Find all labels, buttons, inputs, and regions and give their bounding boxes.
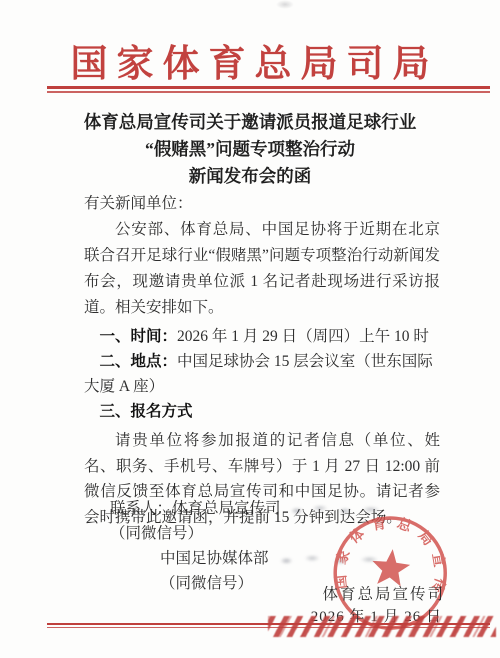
- contact-1-suffix: （同微信号）: [110, 525, 203, 542]
- item-time: 一、时间：2026 年 1 月 29 日（周四）上午 10 时: [84, 324, 440, 349]
- item-time-label: 一、时间：: [100, 328, 178, 345]
- document-title-line2: “假赌黑”问题专项整治行动: [0, 136, 500, 163]
- document-page: 国家体育总局司局 体育总局宣传司关于邀请派员报道足球行业 “假赌黑”问题专项整治…: [0, 0, 500, 658]
- document-title-line3: 新闻发布会的函: [0, 163, 500, 190]
- arrangement-items: 一、时间：2026 年 1 月 29 日（周四）上午 10 时 二、地点：中国足…: [84, 324, 440, 424]
- paragraph-intro: 公安部、体育总局、中国足协将于近期在北京联合召开足球行业“假赌黑”问题专项整治行…: [84, 217, 440, 321]
- item-registration: 三、报名方式: [84, 399, 440, 424]
- contact-label: 联系人：: [110, 500, 172, 517]
- item-location: 二、地点：中国足球协会 15 层会议室（世东国际大厦 A 座）: [84, 349, 440, 399]
- letterhead-title: 国家体育总局司局: [0, 33, 500, 87]
- letter-body: 有关新闻单位： 公安部、体育总局、中国足协将于近期在北京联合召开足球行业“假赌黑…: [84, 191, 440, 530]
- signature-org: 体育总局宣传司: [0, 582, 445, 604]
- header-rule: [47, 86, 490, 93]
- contact-2-org: 中国足协媒体部: [160, 550, 269, 567]
- contact-1-org: 体育总局宣传司: [172, 500, 281, 517]
- red-watermark: [268, 616, 496, 637]
- scan-smudge: [276, 0, 294, 9]
- salutation: 有关新闻单位：: [84, 191, 440, 217]
- document-title-line1: 体育总局宣传司关于邀请派员报道足球行业: [0, 109, 500, 136]
- item-registration-label: 三、报名方式: [100, 403, 193, 420]
- item-time-value: 2026 年 1 月 29 日（周四）上午 10 时: [177, 328, 429, 345]
- document-title: 体育总局宣传司关于邀请派员报道足球行业 “假赌黑”问题专项整治行动 新闻发布会的…: [0, 109, 500, 190]
- item-location-label: 二、地点：: [100, 353, 178, 370]
